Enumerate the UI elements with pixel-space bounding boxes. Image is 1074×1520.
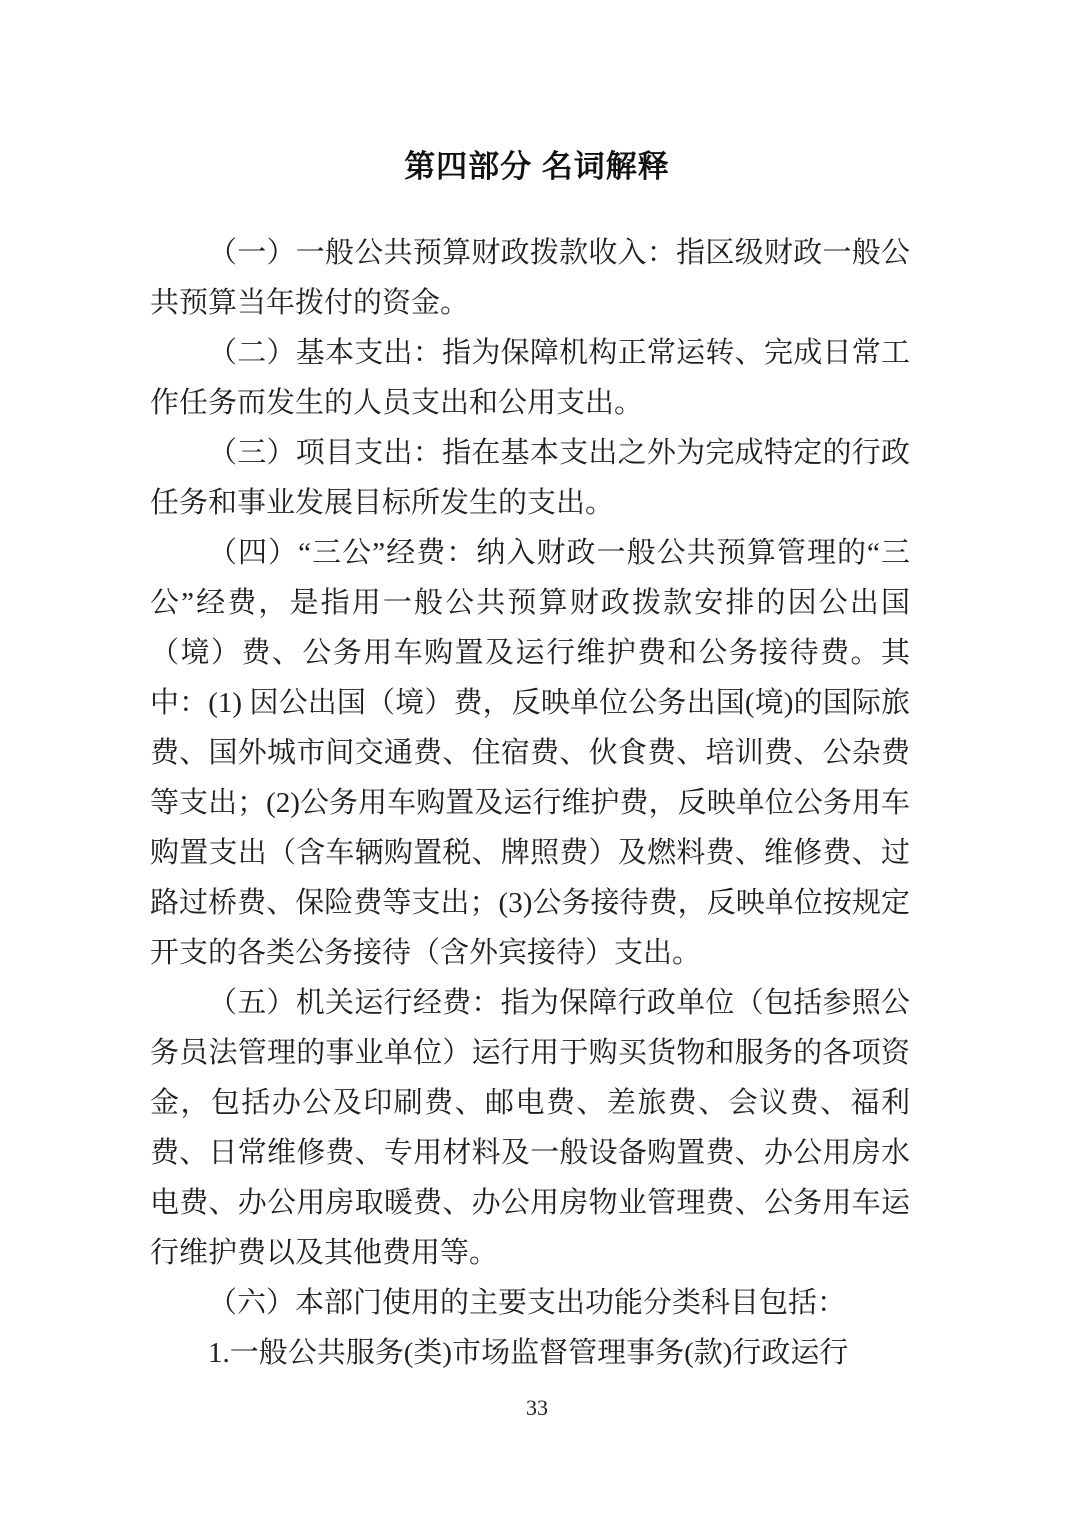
paragraph: （六）本部门使用的主要支出功能分类科目包括：: [150, 1278, 910, 1328]
paragraph: 1.一般公共服务(类)市场监督管理事务(款)行政运行: [150, 1328, 910, 1378]
document-body: （一）一般公共预算财政拨款收入：指区级财政一般公共预算当年拨付的资金。 （二）基…: [150, 228, 910, 1378]
paragraph: （三）项目支出：指在基本支出之外为完成特定的行政任务和事业发展目标所发生的支出。: [150, 428, 910, 528]
paragraph: （一）一般公共预算财政拨款收入：指区级财政一般公共预算当年拨付的资金。: [150, 228, 910, 328]
paragraph: （四）“三公”经费：纳入财政一般公共预算管理的“三公”经费，是指用一般公共预算财…: [150, 528, 910, 978]
page-number: 33: [0, 1394, 1074, 1422]
paragraph: （二）基本支出：指为保障机构正常运转、完成日常工作任务而发生的人员支出和公用支出…: [150, 328, 910, 428]
paragraph: （五）机关运行经费：指为保障行政单位（包括参照公务员法管理的事业单位）运行用于购…: [150, 978, 910, 1278]
page-title: 第四部分 名词解释: [0, 0, 1074, 188]
document-page: 第四部分 名词解释 （一）一般公共预算财政拨款收入：指区级财政一般公共预算当年拨…: [0, 0, 1074, 1520]
